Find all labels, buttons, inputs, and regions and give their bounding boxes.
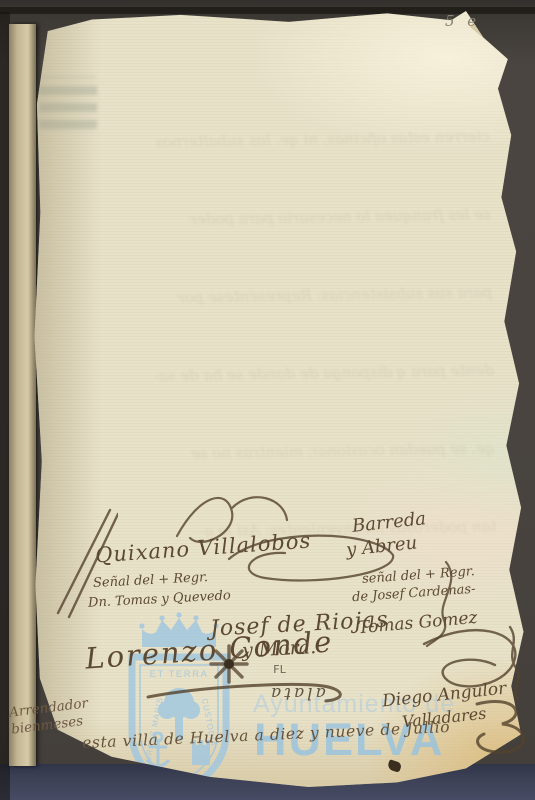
previous-page-edge <box>9 24 36 766</box>
pencil-mark: FL <box>273 663 286 676</box>
inverted-annotation: alata <box>268 683 326 703</box>
scanned-manuscript-page: cierren estas oficinas, ni qe. los subal… <box>0 0 535 800</box>
folio-mark: 5 e <box>445 12 480 30</box>
